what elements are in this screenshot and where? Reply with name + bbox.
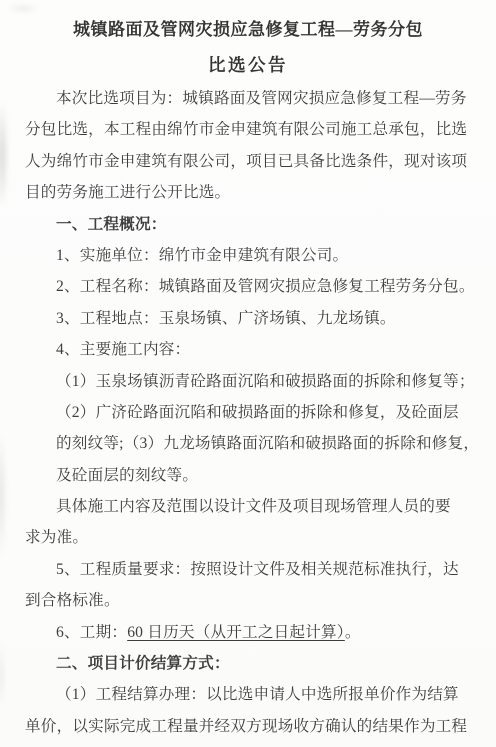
text-line-16: 5、工程质量要求：按照设计文件及相关规范标准执行，达 — [25, 554, 478, 585]
text-line-17: 到合格标准。 — [25, 585, 478, 616]
text-line-8: 3、工程地点：玉泉场镇、广济场镇、九龙场镇。 — [25, 303, 478, 334]
text-segment: 及砼面层的刻纹等。 — [56, 467, 198, 484]
text-segment: （2）广济砼路面沉陷和破损路面的拆除和修复，及砼面层 — [56, 404, 459, 421]
text-line-2: 分包比选，本工程由绵竹市金申建筑有限公司施工总承包，比选 — [25, 114, 478, 145]
text-segment: （1）工程结算办理：以比选申请人中选所报单价作为结算 — [56, 686, 459, 703]
underlined-text: 60 日历天（从开工之日起计算） — [127, 624, 345, 641]
text-segment: 一、工程概况： — [56, 216, 167, 233]
text-line-6: 1、实施单位：绵竹市金申建筑有限公司。 — [25, 240, 478, 271]
text-line-12: 的刻纹等;（3）九龙场镇路面沉陷和破损路面的拆除和修复， — [25, 428, 478, 459]
text-line-14: 具体施工内容及范围以设计文件及项目现场管理人员的要 — [25, 491, 478, 522]
text-line-13: 及砼面层的刻纹等。 — [25, 460, 478, 491]
text-line-4: 目的劳务施工进行公开比选。 — [25, 177, 478, 208]
text-segment: 分包比选，本工程由绵竹市金申建筑有限公司施工总承包，比选 — [25, 121, 467, 138]
text-segment: 到合格标准。 — [25, 592, 120, 609]
text-line-5: 一、工程概况： — [25, 209, 478, 240]
text-segment: 目的劳务施工进行公开比选。 — [25, 184, 230, 201]
document-title: 城镇路面及管网灾损应急修复工程—劳务分包 — [0, 0, 496, 48]
text-line-7: 2、工程名称：城镇路面及管网灾损应急修复工程劳务分包。 — [25, 271, 478, 302]
text-line-18: 6、工期：60 日历天（从开工之日起计算）。 — [25, 617, 478, 648]
text-segment: 具体施工内容及范围以设计文件及项目现场管理人员的要 — [56, 498, 451, 515]
text-segment: 3、工程地点：玉泉场镇、广济场镇、九龙场镇。 — [56, 310, 396, 327]
document-subtitle: 比选公告 — [0, 48, 496, 83]
document-page: 城镇路面及管网灾损应急修复工程—劳务分包 比选公告 本次比选项目为：城镇路面及管… — [0, 0, 496, 747]
text-segment: 二、项目计价结算方式： — [56, 655, 230, 672]
text-line-19: 二、项目计价结算方式： — [25, 648, 478, 679]
text-line-9: 4、主要施工内容： — [25, 334, 478, 365]
text-segment: 人为绵竹市金申建筑有限公司，项目已具备比选条件，现对该项 — [25, 153, 467, 170]
text-line-1: 本次比选项目为：城镇路面及管网灾损应急修复工程—劳务 — [25, 83, 478, 114]
text-segment: 6、工期： — [56, 624, 127, 641]
text-segment: 求为准。 — [25, 529, 88, 546]
text-segment: 5、工程质量要求：按照设计文件及相关规范标准执行，达 — [56, 561, 459, 578]
text-line-20: （1）工程结算办理：以比选申请人中选所报单价作为结算 — [25, 679, 478, 710]
text-line-21: 单价，以实际完成工程量并经双方现场收方确认的结果作为工程 — [25, 711, 478, 742]
text-segment: 。 — [345, 624, 361, 641]
text-segment: （1）玉泉场镇沥青砼路面沉陷和破损路面的拆除和修复等； — [56, 373, 475, 390]
text-line-11: （2）广济砼路面沉陷和破损路面的拆除和修复，及砼面层 — [25, 397, 478, 428]
text-segment: 2、工程名称：城镇路面及管网灾损应急修复工程劳务分包。 — [56, 278, 475, 295]
text-segment: 的刻纹等;（3）九龙场镇路面沉陷和破损路面的拆除和修复， — [56, 435, 479, 452]
text-line-10: （1）玉泉场镇沥青砼路面沉陷和破损路面的拆除和修复等； — [25, 366, 478, 397]
text-segment: 本次比选项目为：城镇路面及管网灾损应急修复工程—劳务 — [56, 90, 467, 107]
document-body: 本次比选项目为：城镇路面及管网灾损应急修复工程—劳务分包比选，本工程由绵竹市金申… — [0, 83, 496, 742]
text-segment: 4、主要施工内容： — [56, 341, 190, 358]
text-line-3: 人为绵竹市金申建筑有限公司，项目已具备比选条件，现对该项 — [25, 146, 478, 177]
text-line-15: 求为准。 — [25, 522, 478, 553]
text-segment: 1、实施单位：绵竹市金申建筑有限公司。 — [56, 247, 348, 264]
text-segment: 单价，以实际完成工程量并经双方现场收方确认的结果作为工程 — [25, 718, 467, 735]
